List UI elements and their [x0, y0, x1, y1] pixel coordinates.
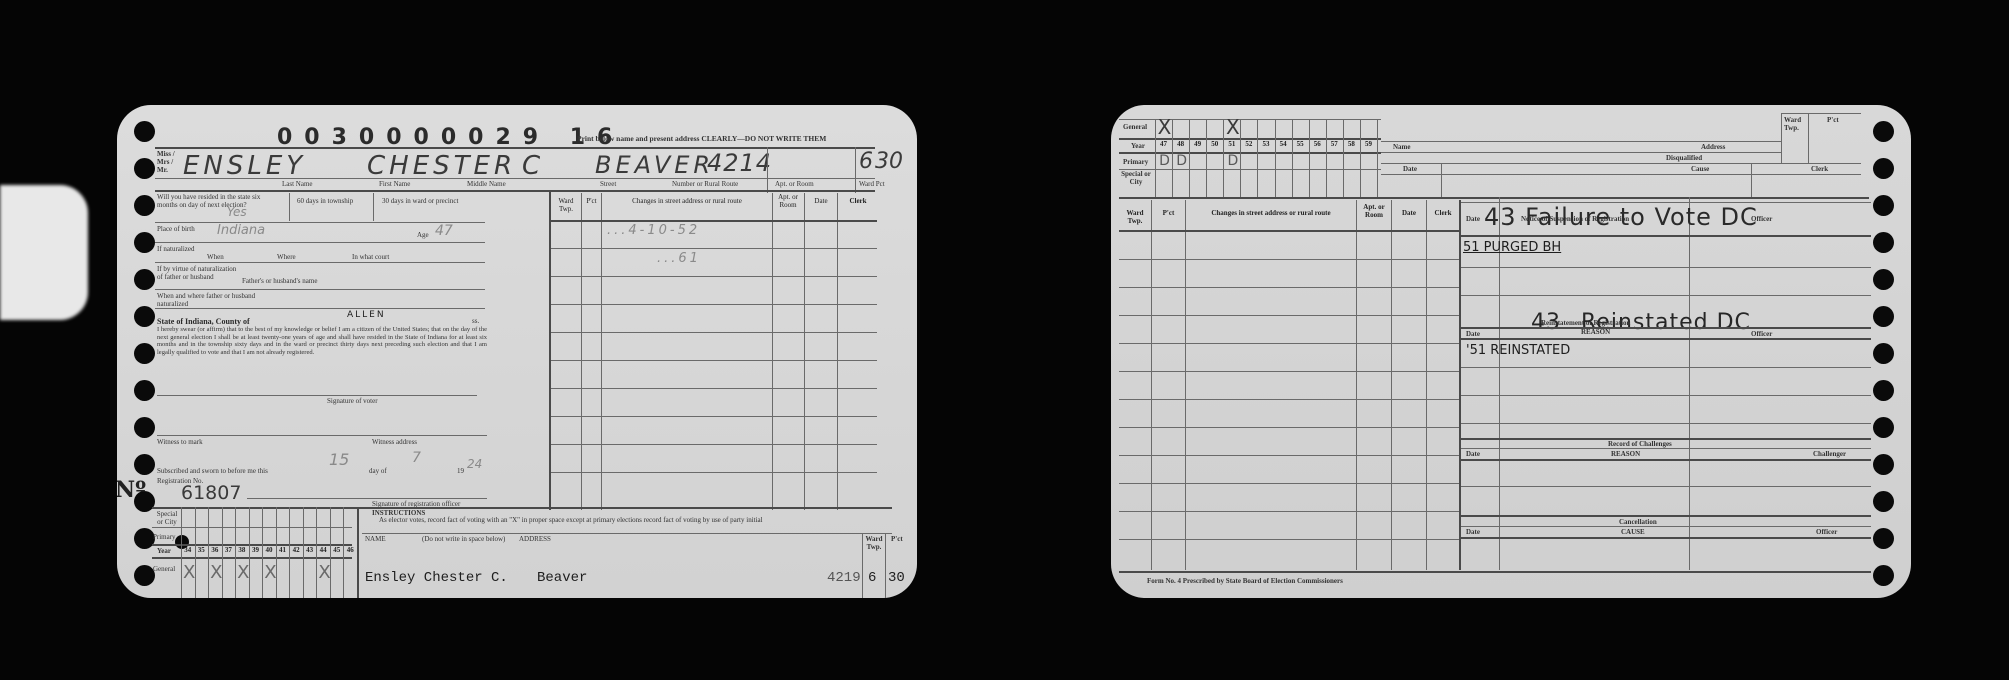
signature-voter-label: Signature of voter [327, 397, 378, 405]
last-name: ENSLEY [183, 151, 306, 181]
grid-line [1326, 119, 1327, 197]
punch-hole [1873, 380, 1894, 401]
primary-vote-mark: D [1174, 153, 1189, 169]
registration-card-front: 0030000029 16 Print below name and prese… [117, 105, 917, 598]
label-ward-twp: Ward Twp. [863, 535, 885, 551]
ward-residence-label: 30 days in ward or precinct [382, 197, 462, 205]
typed-number: 4219 [827, 570, 861, 586]
day-of-label: day of [369, 467, 387, 475]
label-pct: P'ct [1827, 116, 1839, 124]
house-number: 4214 [707, 149, 772, 177]
witness-address-label: Witness address [372, 438, 417, 446]
label-last-name: Last Name [282, 180, 313, 188]
grid-line [1155, 119, 1156, 197]
when-label: When [207, 253, 224, 261]
label-name: Name [1393, 143, 1411, 151]
col-ward: Ward Twp. [1119, 209, 1151, 225]
general-vote-mark: X [1157, 115, 1172, 139]
middle-name: C [522, 151, 544, 181]
year-label: 36 [208, 546, 222, 554]
punch-hole [1873, 491, 1894, 512]
general-vote-mark: X [318, 562, 330, 583]
grid-line [1206, 119, 1207, 197]
label-disqualified: Disqualified [1666, 154, 1702, 162]
punch-hole [134, 269, 155, 290]
first-name: CHESTER [367, 151, 516, 181]
typed-pct: 30 [888, 570, 905, 586]
row-label-year: Year [157, 547, 171, 555]
primary-vote-mark: D [1157, 153, 1172, 169]
birth-value: Indiana [217, 223, 265, 238]
street-name: BEAVER [595, 151, 714, 179]
oath-county: ALLEN [347, 310, 386, 320]
col-date: Date [805, 197, 837, 205]
year-columns: 34X3536X3738X3940X41424344X4546 [181, 507, 357, 598]
year-label: 49 [1189, 140, 1206, 148]
age-value: 47 [435, 223, 453, 239]
general-vote-mark: X [1225, 115, 1240, 139]
punch-hole [1873, 417, 1894, 438]
where-label: Where [277, 253, 296, 261]
label-do-not-write: (Do not write in space below) [422, 535, 505, 543]
grid-line [1275, 119, 1276, 197]
year-label: 50 [1206, 140, 1223, 148]
col-changes: Changes in street address or rural route [1187, 209, 1355, 217]
label-date: Date [1466, 330, 1480, 338]
grid-line [1223, 119, 1224, 197]
row-label-primary: Primary [153, 533, 176, 541]
instructions-text: As elector votes, record fact of voting … [379, 516, 889, 524]
punch-hole [1873, 232, 1894, 253]
sworn-year: 24 [467, 457, 482, 471]
punch-hole [1873, 454, 1894, 475]
year-label: 54 [1275, 140, 1292, 148]
year-label: 45 [330, 546, 344, 554]
township-label: 60 days in township [297, 197, 367, 205]
sworn-day: 15 [329, 450, 349, 469]
age-label: Age [417, 231, 429, 239]
punch-hole [1873, 121, 1894, 142]
label-reason: REASON [1581, 328, 1610, 336]
punch-hole [1873, 269, 1894, 290]
grid-line [1292, 119, 1293, 197]
label-date: Date [1466, 215, 1480, 223]
label-ward-twp: Ward Twp. [1784, 116, 1806, 132]
form-footer: Form No. 4 Prescribed by State Board of … [1147, 577, 1343, 585]
col-date: Date [1392, 209, 1426, 217]
year-label: 44 [316, 546, 330, 554]
grid-line [1240, 119, 1241, 197]
birth-label: Place of birth [157, 225, 197, 233]
label-cause: CAUSE [1621, 528, 1645, 536]
grid-line [1172, 119, 1173, 197]
ward-number: 6 [859, 149, 873, 174]
address-change-entry: ...61 [657, 251, 701, 266]
year-label: 58 [1343, 140, 1360, 148]
label-reinstatement: Reinstatement of Registration [1541, 319, 1630, 327]
label-street: Street [600, 180, 616, 188]
punch-hole [134, 565, 155, 586]
punch-hole [1873, 343, 1894, 364]
year-label: 46 [343, 546, 357, 554]
general-vote-mark: X [237, 562, 249, 583]
typed-name: Ensley Chester C. [365, 570, 508, 586]
general-vote-mark: X [210, 562, 222, 583]
year-columns: 47XD48D495051XD5253545556575859 [1155, 119, 1377, 197]
virtue-label: If by virtue of naturalization of father… [157, 265, 242, 281]
label-address: Address [1701, 143, 1725, 151]
punch-hole [1873, 195, 1894, 216]
punch-hole [134, 158, 155, 179]
sworn-month: 7 [412, 450, 421, 466]
scanner-tab [0, 185, 88, 320]
punch-hole [134, 121, 155, 142]
label-challenger: Challenger [1813, 450, 1846, 458]
year-label: 41 [276, 546, 290, 554]
year-label: 39 [249, 546, 263, 554]
year-label: 35 [195, 546, 209, 554]
oath-state-line: State of Indiana, County of [157, 317, 250, 326]
label-date: Date [1466, 450, 1480, 458]
typed-ward: 6 [868, 570, 876, 586]
punch-hole [134, 380, 155, 401]
col-ward: Ward Twp. [551, 197, 581, 213]
label-date: Date [1466, 528, 1480, 536]
row-label-primary: Primary [1123, 158, 1148, 166]
witness-mark-label: Witness to mark [157, 438, 203, 446]
punch-hole [1873, 565, 1894, 586]
row-label-special: Special or City [1121, 170, 1151, 186]
row-label-general: General [153, 565, 175, 573]
label-first-name: First Name [379, 180, 410, 188]
year-label: 51 [1223, 140, 1240, 148]
general-vote-mark: X [264, 562, 276, 583]
grid-line [1257, 119, 1258, 197]
sworn-year-prefix: 19 [457, 467, 464, 475]
father-name-label: Father's or husband's name [242, 277, 317, 285]
oath-ss: ss. [472, 317, 479, 325]
punch-hole [1873, 306, 1894, 327]
label-address: ADDRESS [519, 535, 551, 543]
year-label: 42 [289, 546, 303, 554]
label-reason: REASON [1611, 450, 1640, 458]
label-number: Number or Rural Route [672, 180, 738, 188]
purged-entry: 51 PURGED BH [1463, 240, 1561, 255]
label-officer: Officer [1751, 330, 1772, 338]
year-label: 52 [1240, 140, 1257, 148]
precinct-number: 30 [875, 149, 903, 174]
sworn-label: Subscribed and sworn to before me this [157, 467, 268, 475]
primary-vote-mark: D [1225, 153, 1240, 169]
grid-line [1360, 119, 1361, 197]
reinstated-entry: '51 REINSTATED [1466, 343, 1570, 358]
punch-hole [1873, 528, 1894, 549]
suspension-stamp: 43 Failure to Vote DC [1484, 203, 1758, 231]
row-label-year: Year [1131, 142, 1145, 150]
label-officer: Officer [1816, 528, 1837, 536]
label-cause: Cause [1691, 165, 1709, 173]
residence-answer: Yes [227, 205, 247, 219]
court-label: In what court [352, 253, 389, 261]
punch-hole [134, 343, 155, 364]
oath-text: I hereby swear (or affirm) that to the b… [157, 326, 487, 356]
registration-number: 61807 [181, 482, 241, 504]
label-ward-pct: Ward Pct [859, 180, 885, 188]
label-date: Date [1403, 165, 1417, 173]
row-label-general: General [1123, 123, 1147, 131]
year-label: 56 [1309, 140, 1326, 148]
col-apt: Apt. or Room [773, 193, 803, 209]
col-pct: P'ct [1152, 209, 1185, 217]
punch-hole [134, 454, 155, 475]
residence-question: Will you have resided in the state six m… [157, 193, 267, 209]
year-label: 48 [1172, 140, 1189, 148]
year-label: 38 [235, 546, 249, 554]
year-label: 53 [1257, 140, 1274, 148]
label-cancellation: Cancellation [1619, 518, 1657, 526]
label-apt: Apt. or Room [775, 180, 814, 188]
registration-card-back: General Year Primary Special or City 47X… [1111, 105, 1911, 598]
year-label: 59 [1360, 140, 1377, 148]
label-middle-name: Middle Name [467, 180, 506, 188]
label-name: NAME [365, 535, 386, 543]
label-clerk: Clerk [1811, 165, 1828, 173]
year-label: 57 [1326, 140, 1343, 148]
col-changes: Changes in street address or rural route [603, 197, 771, 205]
number-mark: Nº [117, 477, 146, 503]
year-label: 43 [303, 546, 317, 554]
label-pct: P'ct [891, 535, 903, 543]
punch-hole [134, 306, 155, 327]
punch-hole [1873, 158, 1894, 179]
col-clerk: Clerk [1427, 209, 1459, 217]
year-label: 34 [181, 546, 195, 554]
label-challenges: Record of Challenges [1608, 440, 1672, 448]
header-instruction: Print below name and present address CLE… [577, 135, 826, 143]
col-apt: Apt. or Room [1357, 203, 1391, 219]
year-label: 55 [1292, 140, 1309, 148]
father-nat-label: When and where father or husband natural… [157, 292, 257, 308]
year-label: 40 [262, 546, 276, 554]
naturalized-label: If naturalized [157, 245, 202, 253]
col-clerk: Clerk [839, 197, 877, 205]
grid-line [1309, 119, 1310, 197]
row-label-special: Special or City [153, 510, 181, 526]
punch-hole [134, 195, 155, 216]
punch-hole [134, 417, 155, 438]
typed-street: Beaver [537, 570, 587, 586]
grid-line [1343, 119, 1344, 197]
general-vote-mark: X [183, 562, 195, 583]
year-label: 47 [1155, 140, 1172, 148]
grid-line [1189, 119, 1190, 197]
title-prefix: Miss / Mrs / Mr. [157, 150, 181, 174]
year-label: 37 [222, 546, 236, 554]
col-pct: P'ct [582, 197, 601, 205]
address-change-entry: ...4-10-52 [607, 223, 700, 238]
punch-hole [134, 232, 155, 253]
